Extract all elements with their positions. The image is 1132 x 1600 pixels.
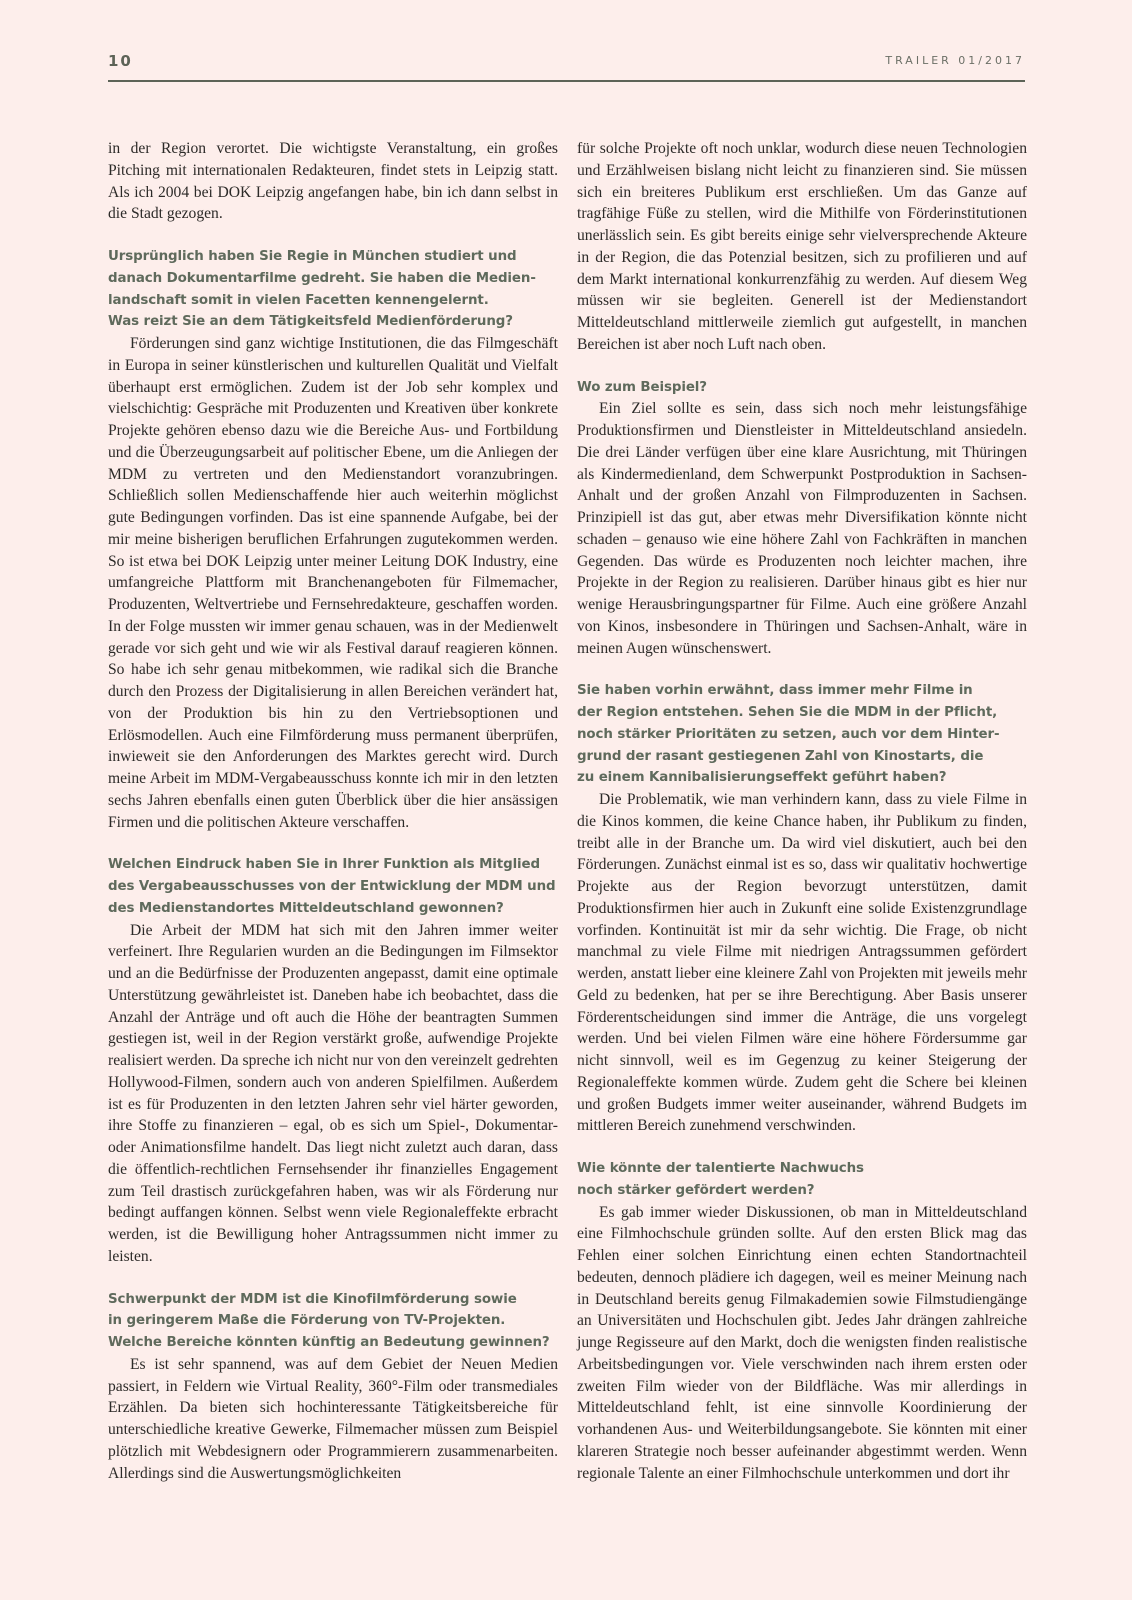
answer-paragraph: Förderungen sind ganz wichtige Instituti… xyxy=(108,333,558,833)
question-line: Ursprünglich haben Sie Regie in München … xyxy=(108,246,558,268)
page-header: 10 TRAILER 01/2017 xyxy=(108,50,1025,82)
question-line: grund der rasant gestiegenen Zahl von Ki… xyxy=(577,746,1027,768)
answer-paragraph: Die Problematik, wie man verhindern kann… xyxy=(577,789,1027,1137)
answer-paragraph: Ein Ziel sollte es sein, dass sich noch … xyxy=(577,398,1027,659)
question-line: landschaft somit in vielen Facetten kenn… xyxy=(108,290,558,312)
question-line: der Region entstehen. Sehen Sie die MDM … xyxy=(577,702,1027,724)
question-line: zu einem Kannibalisierungseffekt geführt… xyxy=(577,767,1027,789)
question-line: noch stärker gefördert werden? xyxy=(577,1180,1027,1202)
question-line: Schwerpunkt der MDM ist die Kinofilmförd… xyxy=(108,1289,558,1311)
answer-paragraph: Es ist sehr spannend, was auf dem Gebiet… xyxy=(108,1354,558,1485)
question-line: noch stärker Prioritäten zu setzen, auch… xyxy=(577,724,1027,746)
question-heading: Schwerpunkt der MDM ist die Kinofilmförd… xyxy=(108,1289,558,1354)
question-line: danach Dokumentarfilme gedreht. Sie habe… xyxy=(108,268,558,290)
right-column: für solche Projekte oft noch unklar, wod… xyxy=(577,138,1027,1484)
question-line: Wie könnte der talentierte Nachwuchs xyxy=(577,1158,1027,1180)
page-number: 10 xyxy=(108,52,133,70)
question-heading: Sie haben vorhin erwähnt, dass immer meh… xyxy=(577,680,1027,789)
question-heading: Welchen Eindruck haben Sie in Ihrer Funk… xyxy=(108,854,558,919)
question-line: Wo zum Beispiel? xyxy=(577,377,1027,399)
question-line: in geringerem Maße die Förderung von TV-… xyxy=(108,1310,558,1332)
question-line: Sie haben vorhin erwähnt, dass immer meh… xyxy=(577,680,1027,702)
answer-paragraph: Die Arbeit der MDM hat sich mit den Jahr… xyxy=(108,920,558,1268)
question-line: Welchen Eindruck haben Sie in Ihrer Funk… xyxy=(108,854,558,876)
question-line: des Medienstandortes Mitteldeutschland g… xyxy=(108,898,558,920)
left-column: in der Region verortet. Die wichtigste V… xyxy=(108,138,558,1484)
question-line: Welche Bereiche könnten künftig an Bedeu… xyxy=(108,1332,558,1354)
question-heading: Ursprünglich haben Sie Regie in München … xyxy=(108,246,558,333)
question-line: des Vergabeausschusses von der Entwicklu… xyxy=(108,876,558,898)
intro-paragraph: in der Region verortet. Die wichtigste V… xyxy=(108,138,558,225)
intro-paragraph: für solche Projekte oft noch unklar, wod… xyxy=(577,138,1027,356)
question-heading: Wie könnte der talentierte Nachwuchs noc… xyxy=(577,1158,1027,1202)
issue-label: TRAILER 01/2017 xyxy=(885,54,1025,67)
question-heading: Wo zum Beispiel? xyxy=(577,377,1027,399)
question-line: Was reizt Sie an dem Tätigkeitsfeld Medi… xyxy=(108,311,558,333)
answer-paragraph: Es gab immer wieder Diskussionen, ob man… xyxy=(577,1202,1027,1485)
